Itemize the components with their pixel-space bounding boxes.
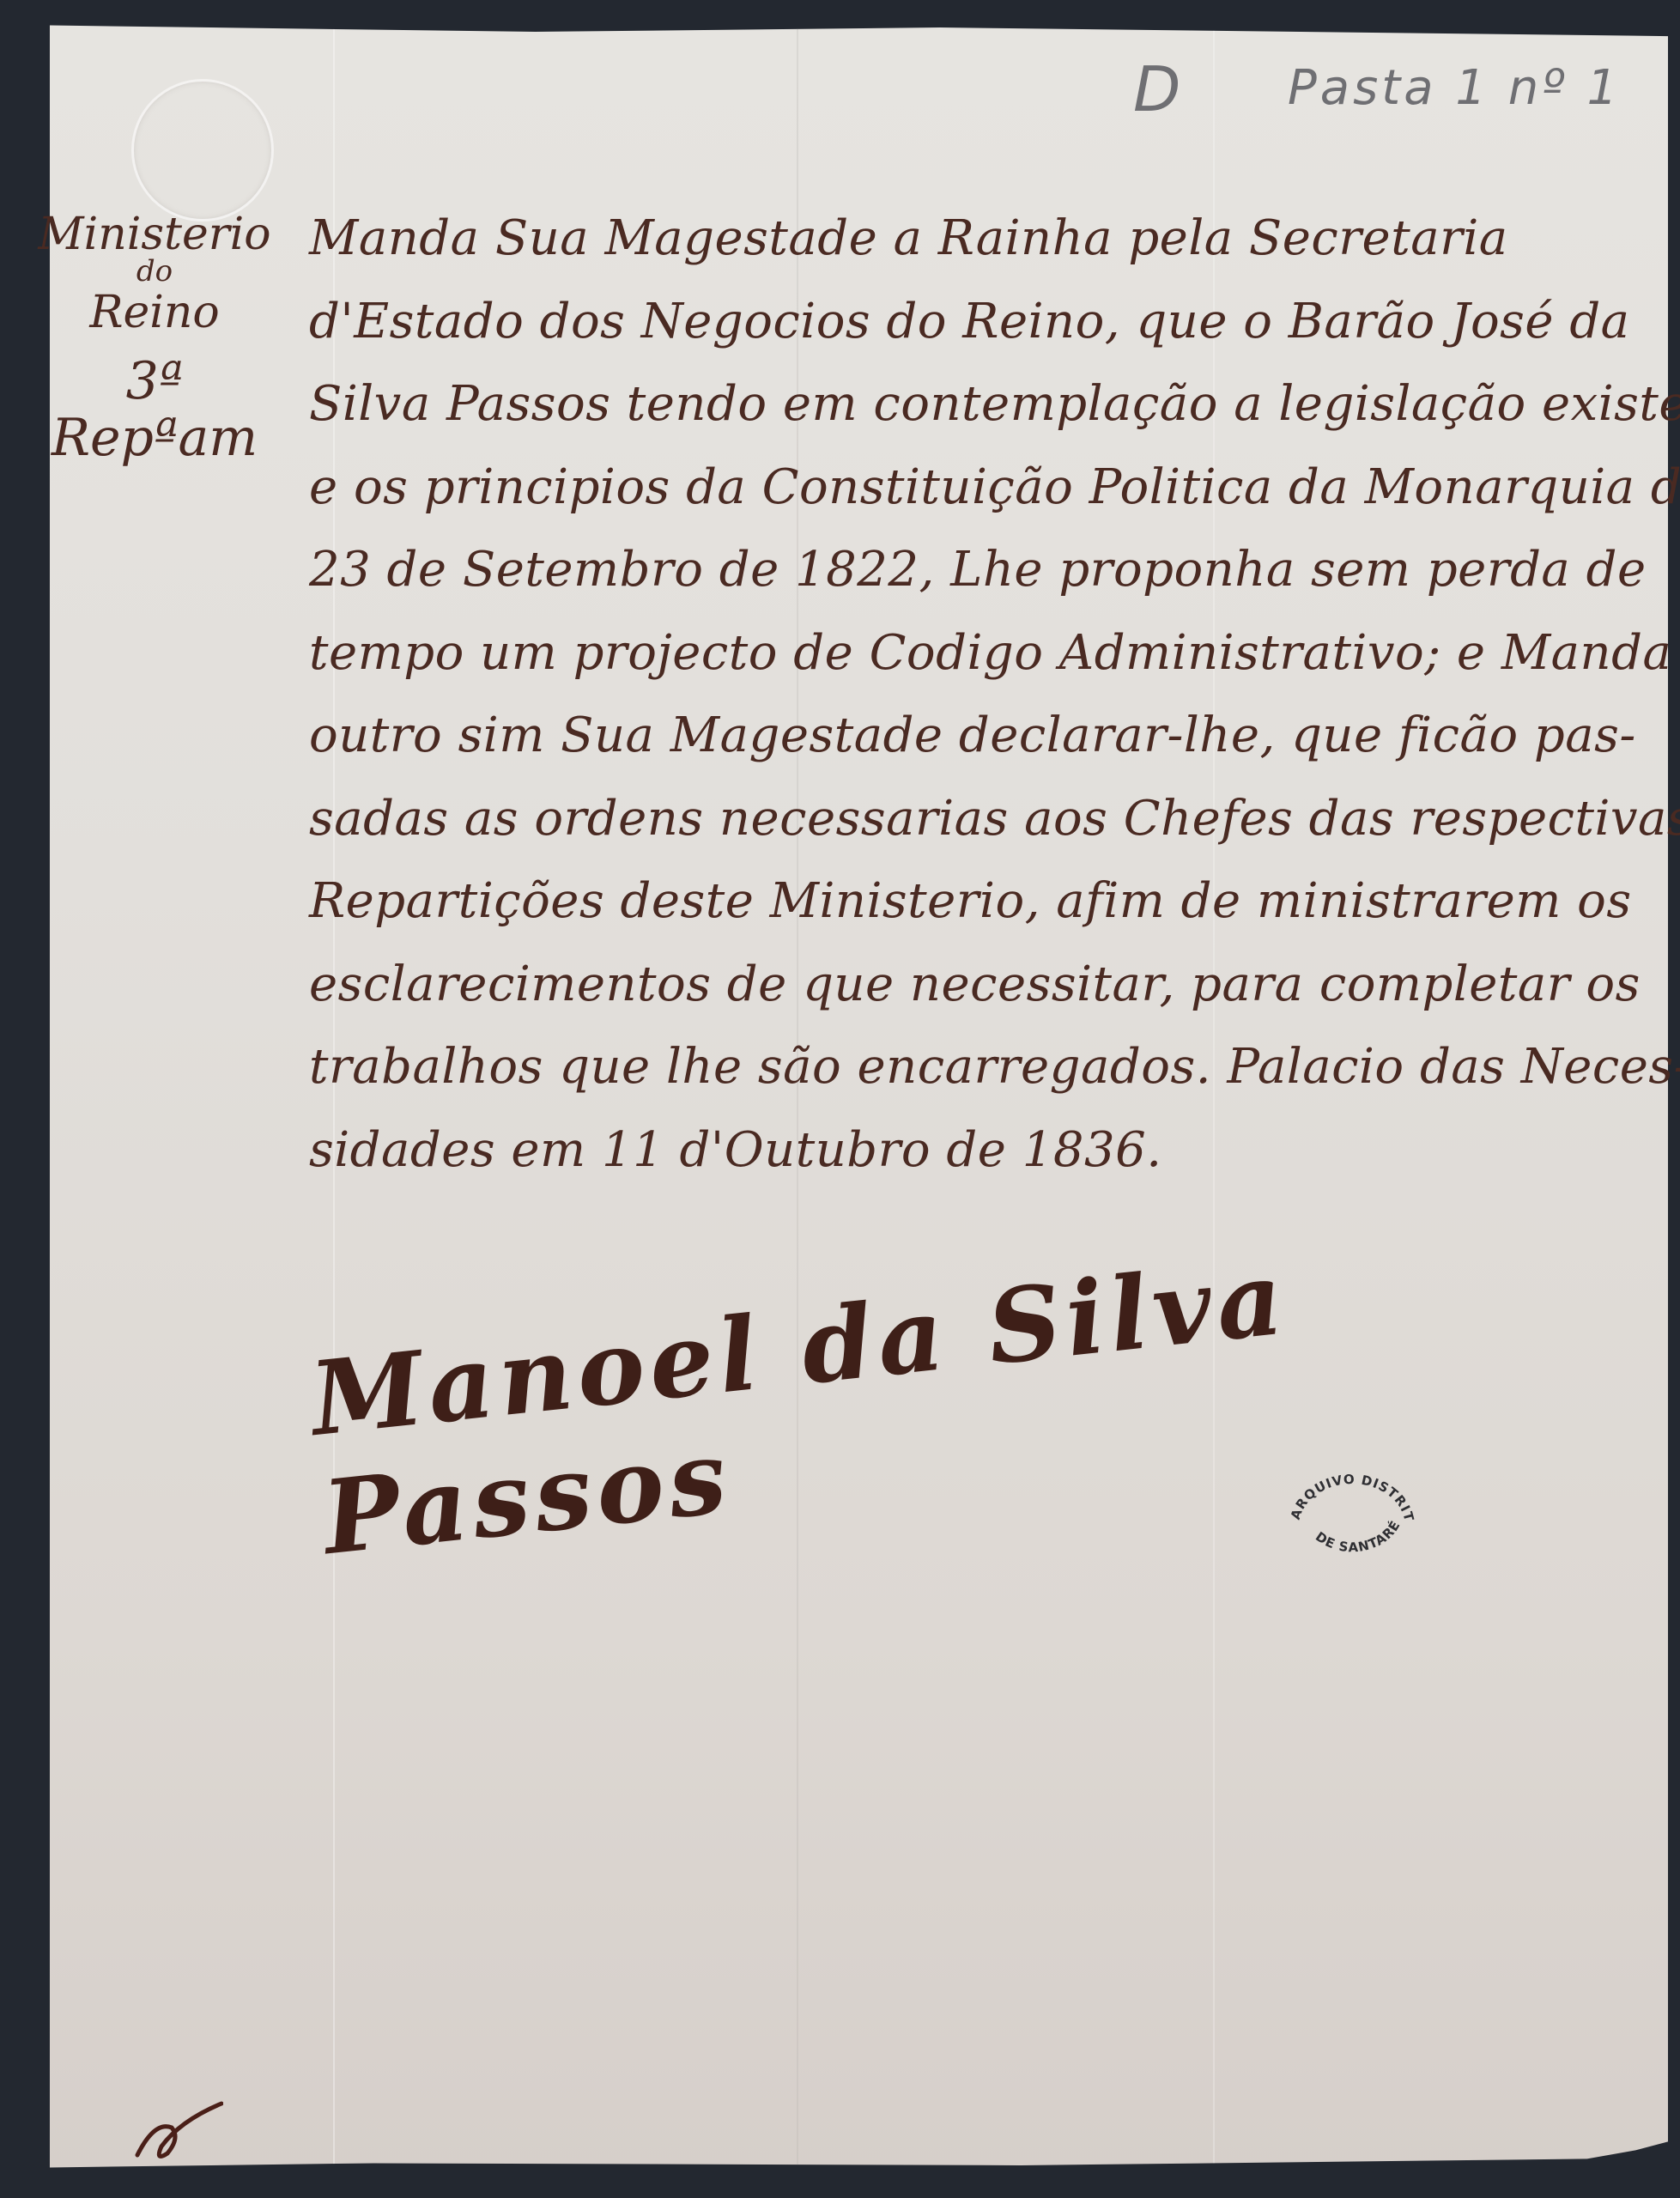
body-line: d'Estado dos Negocios do Reino, que o Ba…: [309, 281, 1614, 364]
ink-flourish-mark-icon: [120, 2086, 223, 2172]
body-line: outro sim Sua Magestade declarar-lhe, qu…: [309, 695, 1614, 778]
body-line: esclarecimentos de que necessitar, para …: [309, 944, 1614, 1027]
body-line: Manda Sua Magestade a Rainha pela Secret…: [309, 197, 1614, 281]
margin-preposition: do: [26, 256, 283, 288]
margin-ministry: Ministerio: [26, 210, 283, 259]
body-line: e os principios da Constituição Politica…: [309, 446, 1614, 530]
archive-stamp-icon: ARQUIVO DISTRITAL DE SANTARÉM: [1283, 1460, 1421, 1571]
document-body: Manda Sua Magestade a Rainha pela Secret…: [309, 197, 1614, 1192]
body-line: trabalhos que lhe são encarregados. Pala…: [309, 1026, 1614, 1109]
body-line: Repartições deste Ministerio, afim de mi…: [309, 860, 1614, 944]
margin-kingdom: Reino: [26, 288, 283, 337]
margin-department: 3ª Repªam: [26, 353, 283, 466]
body-line: sidades em 11 d'Outubro de 1836.: [309, 1109, 1614, 1193]
stamp-top-text: ARQUIVO DISTRITAL: [1283, 1460, 1417, 1523]
body-line: Silva Passos tendo em contemplação a leg…: [309, 363, 1614, 446]
body-line: tempo um projecto de Codigo Administrati…: [309, 612, 1614, 695]
margin-header: Ministerio do Reino 3ª Repªam: [26, 193, 283, 466]
pencil-annotation-letter: D: [1133, 53, 1180, 125]
body-line: 23 de Setembro de 1822, Lhe proponha sem…: [309, 529, 1614, 612]
pencil-annotation-reference: Pasta 1 nº 1: [1288, 60, 1621, 116]
body-line: sadas as ordens necessarias aos Chefes d…: [309, 778, 1614, 861]
svg-text:ARQUIVO DISTRITAL: ARQUIVO DISTRITAL: [1283, 1460, 1417, 1523]
